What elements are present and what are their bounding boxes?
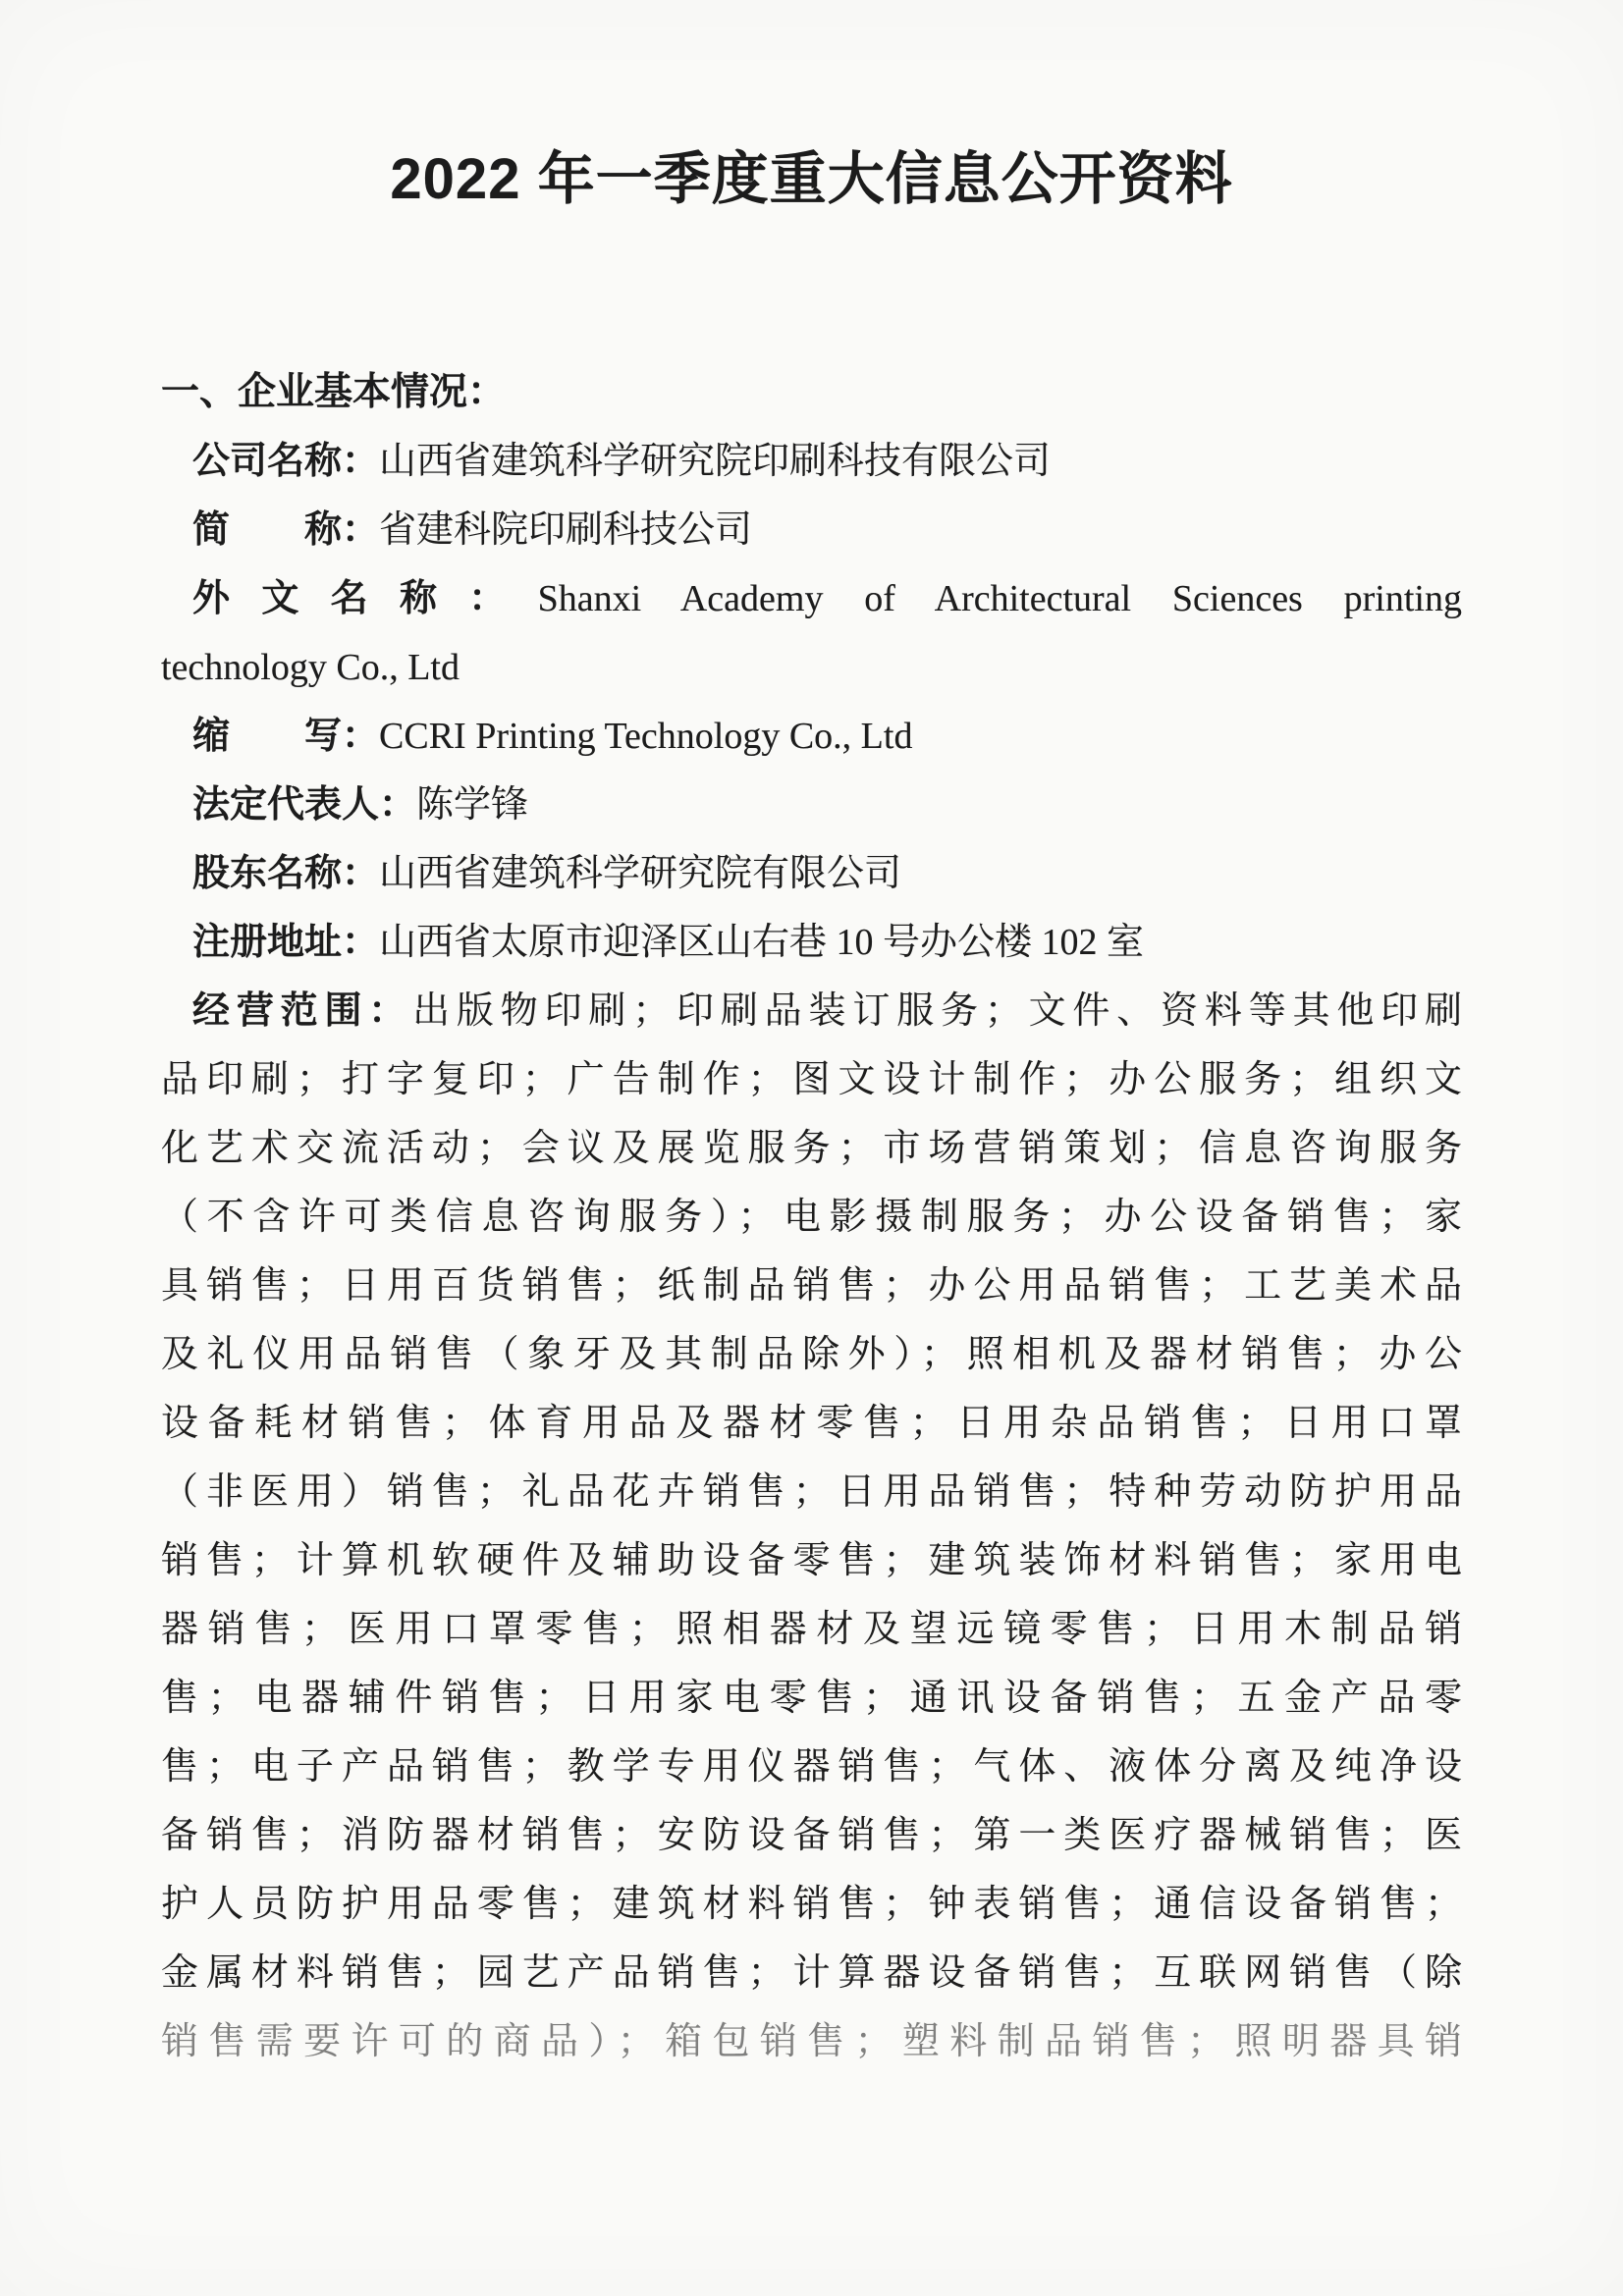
section-heading: 一、企业基本情况： (161, 358, 1462, 427)
text-line: 品印刷；打字复印；广告制作；图文设计制作；办公服务；组织文 (161, 1045, 1462, 1114)
paragraph-text: 售；电子产品销售；教学专用仪器销售；气体、液体分离及纯净设 (161, 1746, 1462, 1788)
text-line: 备销售；消防器材销售；安防设备销售；第一类医疗器械销售；医 (161, 1801, 1462, 1870)
field-value: 陈学锋 (416, 784, 528, 826)
text-line: 护人员防护用品零售；建筑材料销售；钟表销售；通信设备销售； (161, 1870, 1462, 1939)
text-line: technology Co., Ltd (161, 633, 1462, 702)
text-line: 及礼仪用品销售（象牙及其制品除外）；照相机及器材销售；办公 (161, 1320, 1462, 1389)
document-title: 2022 年一季度重大信息公开资料 (0, 147, 1623, 212)
paragraph-text: 金属材料销售；园艺产品销售；计算器设备销售；互联网销售（除 (161, 1952, 1462, 1994)
text-line: 化艺术交流活动；会议及展览服务；市场营销策划；信息咨询服务 (161, 1114, 1462, 1183)
field-value: CCRI Printing Technology Co., Ltd (379, 716, 912, 757)
field-label: 注册地址： (192, 922, 379, 963)
text-line: 设备耗材销售；体育用品及器材零售；日用杂品销售；日用口罩 (161, 1389, 1462, 1458)
field-line: 注册地址：山西省太原市迎泽区山右巷 10 号办公楼 102 室 (161, 908, 1462, 977)
text-line: 售；电器辅件销售；日用家电零售；通讯设备销售；五金产品零 (161, 1664, 1462, 1733)
field-line: 股东名称：山西省建筑科学研究院有限公司 (161, 839, 1462, 908)
field-label: 股东名称： (192, 853, 379, 894)
paragraph-text: （不含许可类信息咨询服务）；电影摄制服务；办公设备销售；家 (161, 1197, 1462, 1238)
document-body: 公司名称：山西省建筑科学研究院印刷科技有限公司简 称：省建科院印刷科技公司外文名… (161, 427, 1462, 2076)
field-value: 山西省建筑科学研究院有限公司 (379, 853, 901, 894)
paragraph-text: 化艺术交流活动；会议及展览服务；市场营销策划；信息咨询服务 (161, 1128, 1462, 1169)
text-line: 售；电子产品销售；教学专用仪器销售；气体、液体分离及纯净设 (161, 1733, 1462, 1801)
field-value: 山西省太原市迎泽区山右巷 10 号办公楼 102 室 (379, 922, 1144, 963)
field-label: 法定代表人： (192, 784, 416, 826)
paragraph-text: 销售需要许可的商品）；箱包销售；塑料制品销售；照明器具销 (161, 2021, 1462, 2062)
text-line: 器销售；医用口罩零售；照相器材及望远镜零售；日用木制品销 (161, 1595, 1462, 1664)
field-label: 缩 写： (192, 716, 379, 757)
text-line: 金属材料销售；园艺产品销售；计算器设备销售；互联网销售（除 (161, 1939, 1462, 2007)
field-line: 简 称：省建科院印刷科技公司 (161, 496, 1462, 564)
field-label: 经营范围： (192, 990, 412, 1032)
field-value: 出版物印刷；印刷品装订服务；文件、资料等其他印刷 (412, 990, 1462, 1032)
field-value: 省建科院印刷科技公司 (379, 509, 752, 551)
field-label: 外文名称： (192, 578, 538, 619)
paragraph-text: 销售；计算机软硬件及辅助设备零售；建筑装饰材料销售；家用电 (161, 1540, 1462, 1581)
paragraph-text: 器销售；医用口罩零售；照相器材及望远镜零售；日用木制品销 (161, 1609, 1462, 1650)
text-line: （不含许可类信息咨询服务）；电影摄制服务；办公设备销售；家 (161, 1183, 1462, 1252)
paragraph-text: 设备耗材销售；体育用品及器材零售；日用杂品销售；日用口罩 (161, 1403, 1462, 1444)
field-line: 外文名称：Shanxi Academy of Architectural Sci… (161, 564, 1462, 633)
field-line: 公司名称：山西省建筑科学研究院印刷科技有限公司 (161, 427, 1462, 496)
paragraph-text: 备销售；消防器材销售；安防设备销售；第一类医疗器械销售；医 (161, 1815, 1462, 1856)
field-line: 法定代表人：陈学锋 (161, 771, 1462, 839)
field-line: 缩 写：CCRI Printing Technology Co., Ltd (161, 702, 1462, 771)
field-value: 山西省建筑科学研究院印刷科技有限公司 (379, 441, 1051, 482)
field-label: 简 称： (192, 509, 379, 551)
paragraph-text: technology Co., Ltd (161, 647, 460, 688)
field-line: 经营范围：出版物印刷；印刷品装订服务；文件、资料等其他印刷 (161, 977, 1462, 1045)
field-value: Shanxi Academy of Architectural Sciences… (538, 578, 1462, 619)
text-line: 销售需要许可的商品）；箱包销售；塑料制品销售；照明器具销 (161, 2007, 1462, 2076)
text-line: 具销售；日用百货销售；纸制品销售；办公用品销售；工艺美术品 (161, 1252, 1462, 1320)
paragraph-text: 具销售；日用百货销售；纸制品销售；办公用品销售；工艺美术品 (161, 1265, 1462, 1307)
paragraph-text: 售；电器辅件销售；日用家电零售；通讯设备销售；五金产品零 (161, 1678, 1462, 1719)
text-line: 销售；计算机软硬件及辅助设备零售；建筑装饰材料销售；家用电 (161, 1526, 1462, 1595)
document-content: 一、企业基本情况： 公司名称：山西省建筑科学研究院印刷科技有限公司简 称：省建科… (161, 358, 1462, 2076)
scanned-document-page: 2022 年一季度重大信息公开资料 一、企业基本情况： 公司名称：山西省建筑科学… (0, 0, 1623, 2296)
paragraph-text: 及礼仪用品销售（象牙及其制品除外）；照相机及器材销售；办公 (161, 1334, 1462, 1375)
text-line: （非医用）销售；礼品花卉销售；日用品销售；特种劳动防护用品 (161, 1458, 1462, 1526)
paragraph-text: 护人员防护用品零售；建筑材料销售；钟表销售；通信设备销售； (161, 1884, 1462, 1925)
field-label: 公司名称： (192, 441, 379, 482)
paragraph-text: 品印刷；打字复印；广告制作；图文设计制作；办公服务；组织文 (161, 1059, 1462, 1100)
paragraph-text: （非医用）销售；礼品花卉销售；日用品销售；特种劳动防护用品 (161, 1471, 1462, 1513)
